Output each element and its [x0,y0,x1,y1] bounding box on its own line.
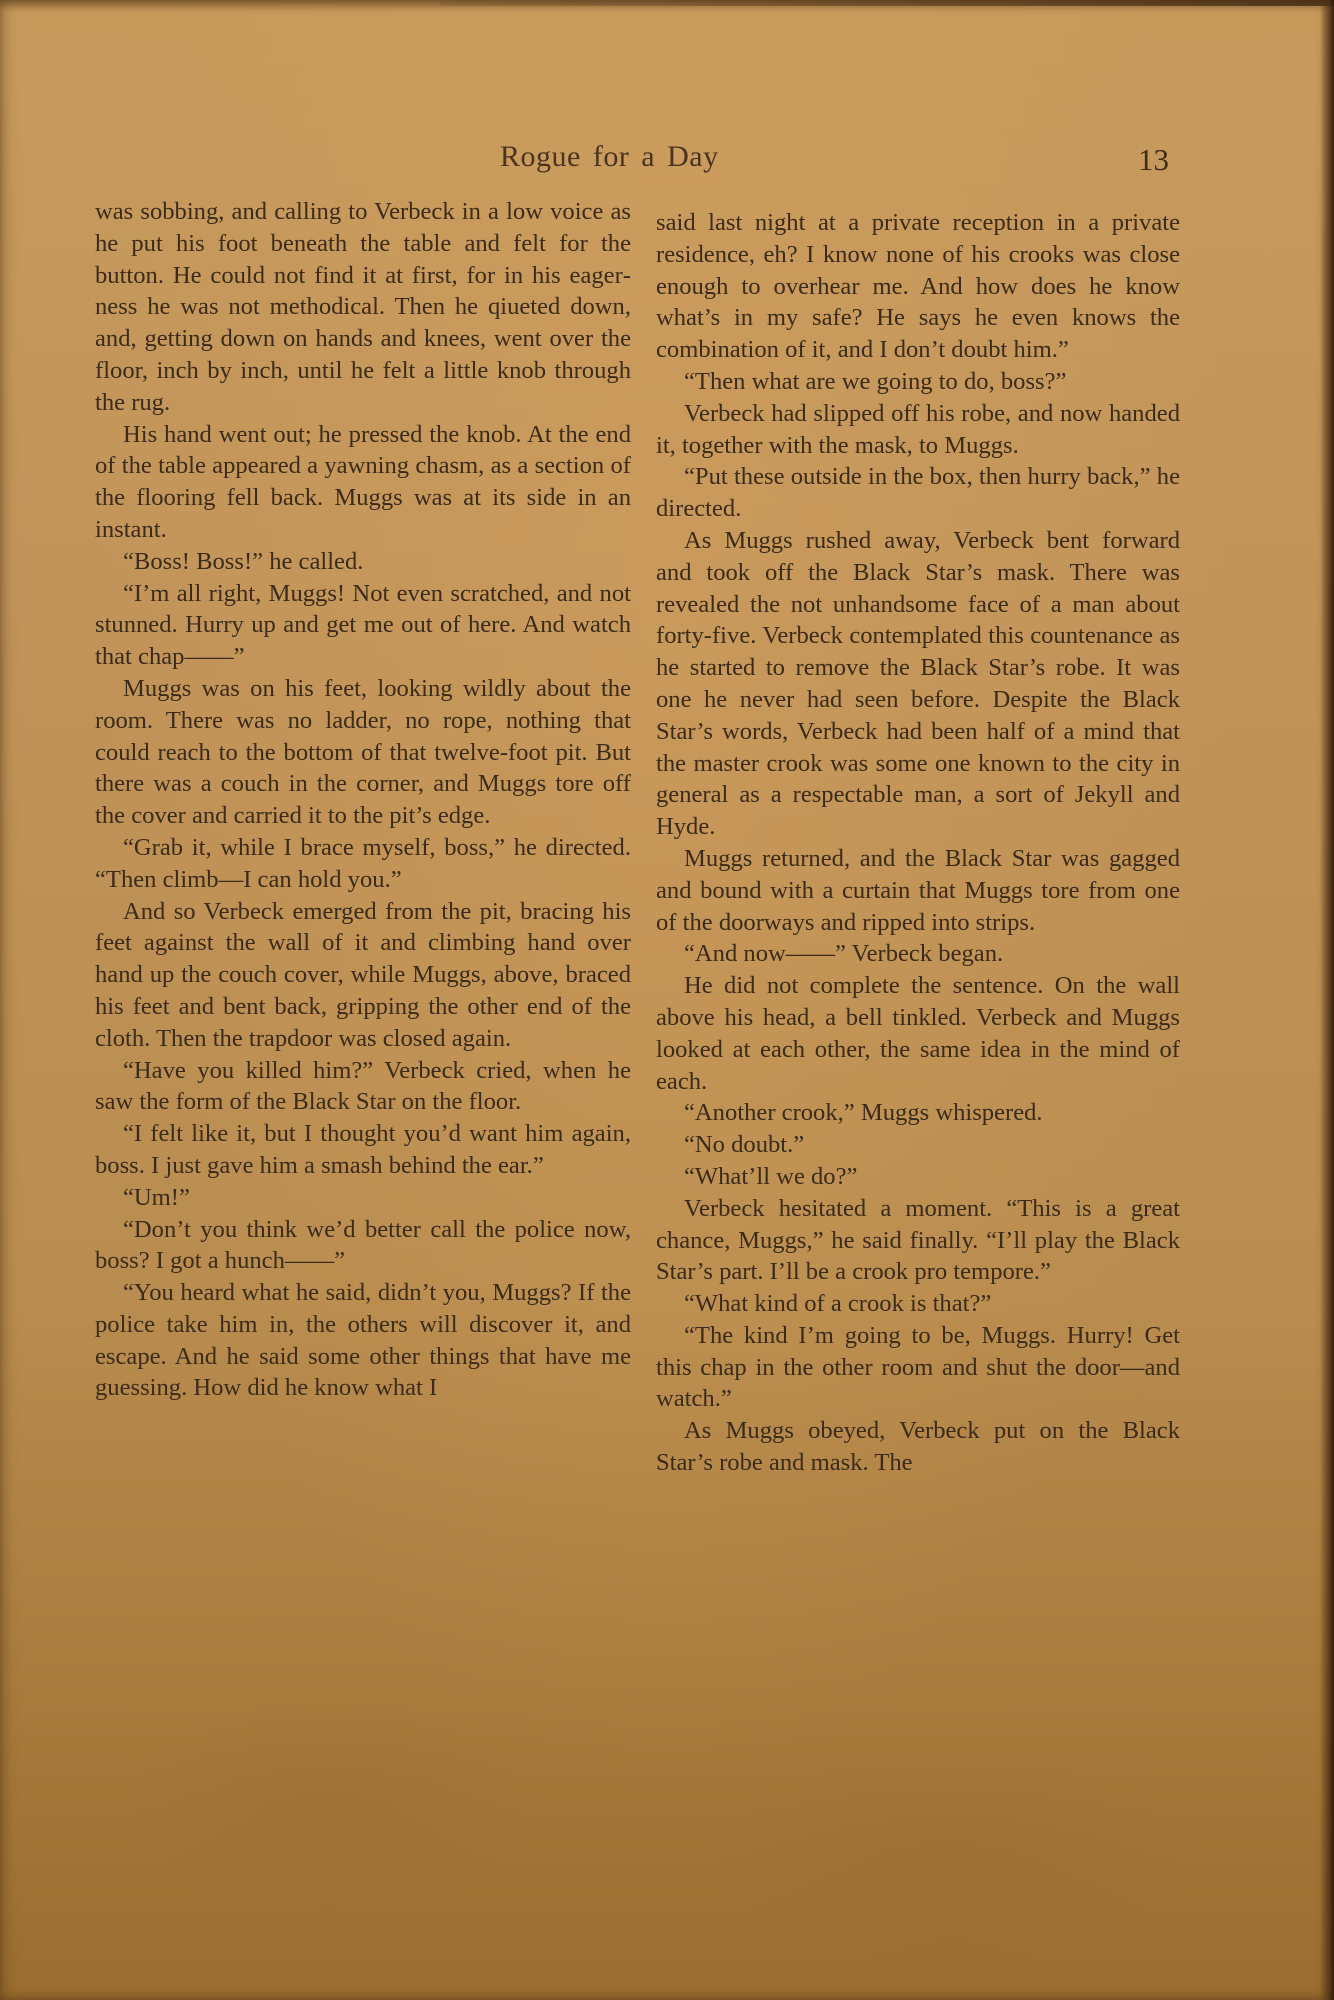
paragraph: “And now——” Verbeck began. [656,938,1180,970]
paragraph: “Grab it, while I brace myself, boss,” h… [95,832,631,896]
paragraph: As Muggs rushed away, Verbeck bent forwa… [656,525,1180,843]
paragraph: “Then what are we going to do, boss?” [656,366,1180,398]
page-top-edge-shadow [440,0,1334,6]
paragraph: His hand went out; he pressed the knob. … [95,419,631,546]
paragraph: Muggs returned, and the Black Star was g… [656,843,1180,938]
paragraph: “You heard what he said, didn’t you, Mug… [95,1277,631,1404]
paragraph: “Have you killed him?” Verbeck cried, wh… [95,1055,631,1119]
paragraph: “Another crook,” Muggs whispered. [656,1097,1180,1129]
page-number: 13 [1138,142,1169,178]
paper-stain [700,1750,1200,1970]
right-text-column: said last night at a private reception i… [656,207,1180,1479]
paragraph: “I felt like it, but I thought you’d wan… [95,1118,631,1182]
paragraph: “I’m all right, Muggs! Not even scratche… [95,578,631,673]
paragraph: said last night at a private reception i… [656,207,1180,366]
running-title: Rogue for a Day [500,140,719,174]
paragraph: He did not complete the sentence. On the… [656,970,1180,1097]
paragraph: “Don’t you think we’d better call the po… [95,1214,631,1278]
paragraph: “Boss! Boss!” he called. [95,546,631,578]
paragraph: As Muggs obeyed, Verbeck put on the Blac… [656,1415,1180,1479]
paragraph: “No doubt.” [656,1129,1180,1161]
paragraph: “What kind of a crook is that?” [656,1288,1180,1320]
paragraph: “The kind I’m going to be, Muggs. Hurry!… [656,1320,1180,1415]
paper-stain [120,1700,540,1920]
paragraph: And so Verbeck emerged from the pit, bra… [95,896,631,1055]
paragraph: “Put these outside in the box, then hurr… [656,461,1180,525]
left-text-column: was sobbing, and calling to Verbeck in a… [95,196,631,1404]
book-page: Rogue for a Day 13 was sobbing, and call… [0,0,1334,2000]
paragraph: Muggs was on his feet, looking wildly ab… [95,673,631,832]
page-right-edge-shadow [1320,0,1334,2000]
paragraph: Verbeck hesitated a moment. “This is a g… [656,1193,1180,1288]
paragraph: was sobbing, and calling to Verbeck in a… [95,196,631,419]
paragraph: “Um!” [95,1182,631,1214]
paragraph: “What’ll we do?” [656,1161,1180,1193]
paragraph: Verbeck had slipped off his robe, and no… [656,398,1180,462]
